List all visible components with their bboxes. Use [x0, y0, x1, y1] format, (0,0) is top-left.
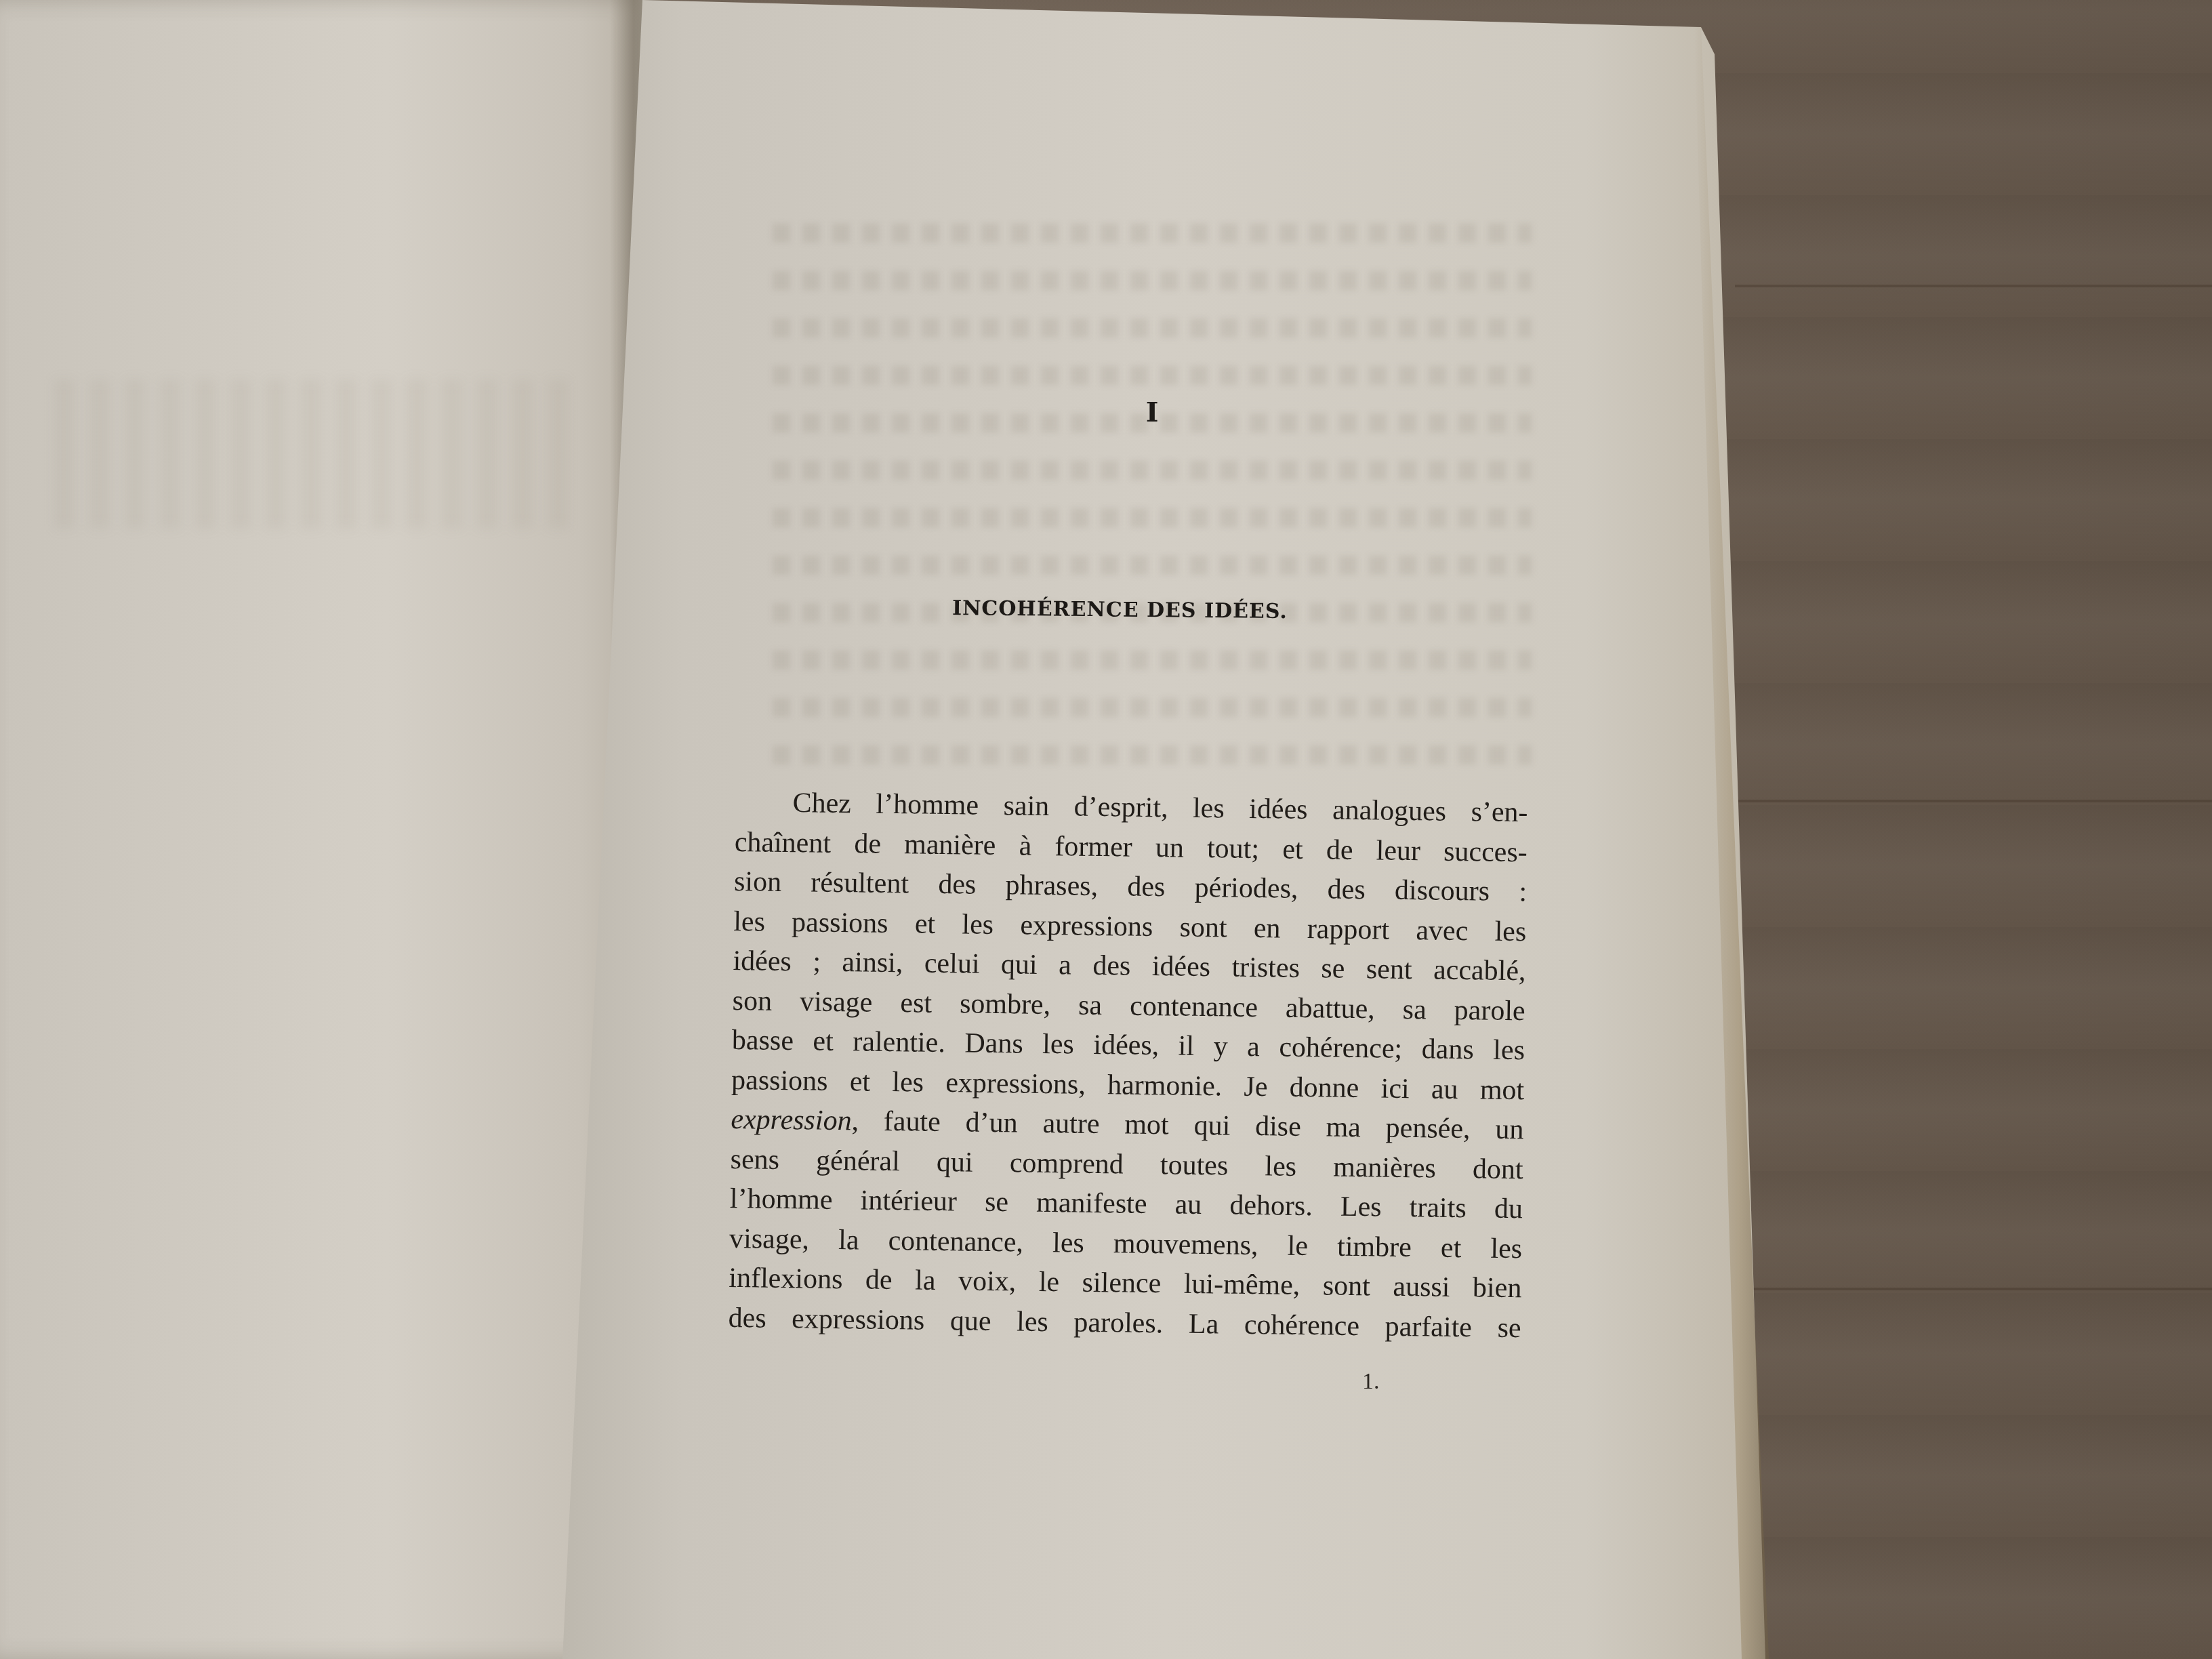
- text-fragment: , faute d’un autre mot qui dise ma pensé…: [851, 1105, 1523, 1145]
- wood-plank-seam: [1735, 285, 2212, 287]
- italic-word: expression: [731, 1104, 852, 1136]
- left-page-bleed-through: [54, 380, 583, 529]
- wood-plank-seam: [1735, 800, 2212, 802]
- right-page-bleed-through: [773, 224, 1532, 806]
- chapter-title: INCOHÉRENCE DES IDÉES.: [952, 596, 1359, 624]
- chapter-number: I: [1139, 396, 1166, 428]
- body-paragraph: Chez l’homme sain d’esprit, les idées an…: [728, 783, 1528, 1348]
- left-page-blank: [0, 0, 644, 1659]
- wood-plank-seam: [1735, 1288, 2212, 1290]
- signature-mark: 1.: [1362, 1369, 1380, 1395]
